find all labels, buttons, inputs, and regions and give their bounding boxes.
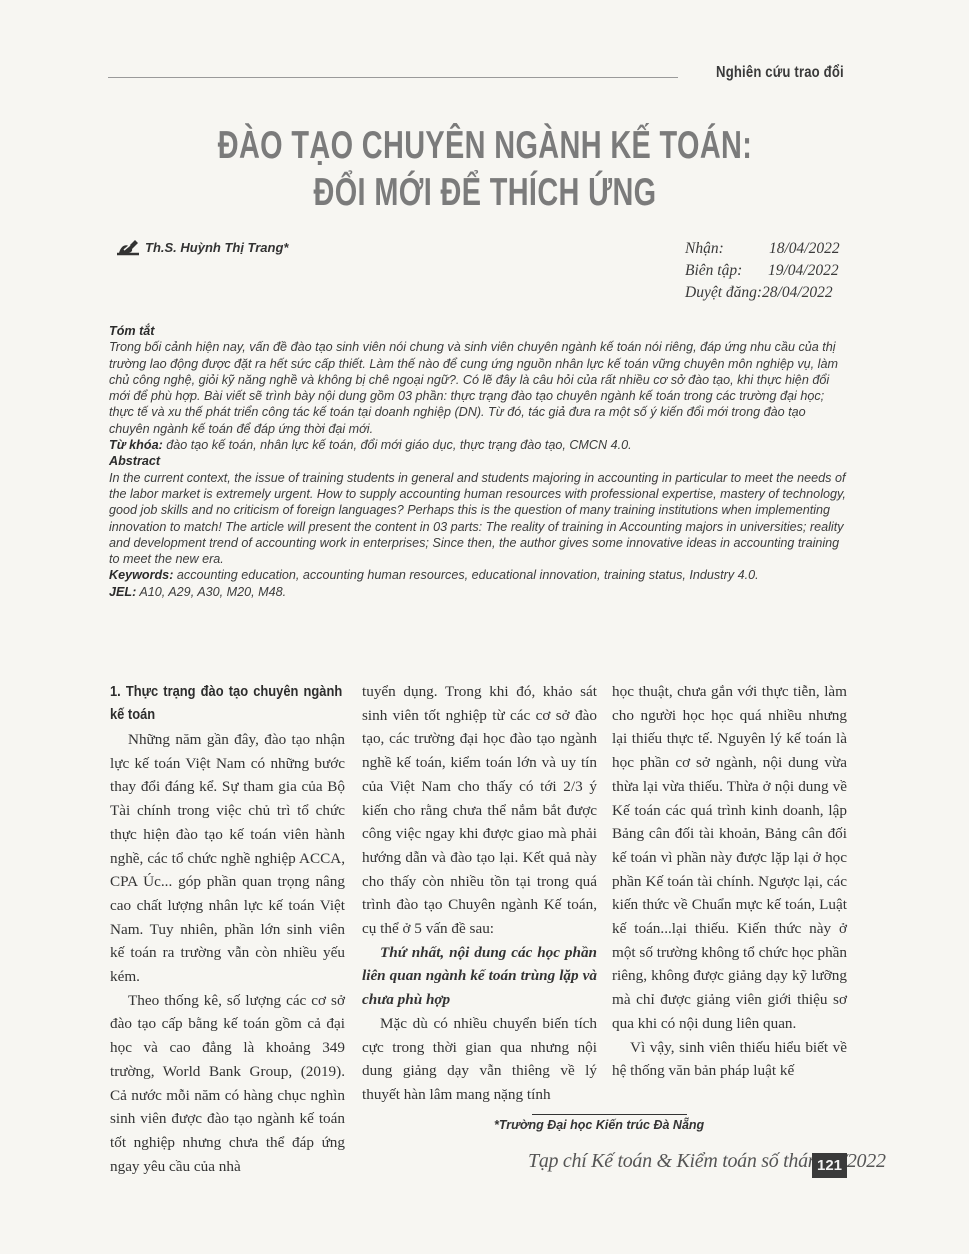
body-paragraph: học thuật, chưa gắn với thực tiễn, làm c… <box>612 680 847 1036</box>
page-number: 121 <box>812 1153 847 1178</box>
body-column-1: 1. Thực trạng đào tạo chuyên ngành kế to… <box>110 680 345 1178</box>
section-1-heading: 1. Thực trạng đào tạo chuyên ngành kế to… <box>110 680 342 726</box>
subsection-heading: Thứ nhất, nội dung các học phần liên qua… <box>362 941 597 1012</box>
author-name: Th.S. Huỳnh Thị Trang* <box>145 240 288 255</box>
article-dates: Nhận: 18/04/2022 Biên tập: 19/04/2022 Du… <box>685 238 840 304</box>
summary-text: Trong bối cảnh hiện nay, vấn đề đào tạo … <box>109 339 849 437</box>
article-title: ĐÀO TẠO CHUYÊN NGÀNH KẾ TOÁN: ĐỔI MỚI ĐỂ… <box>200 122 770 216</box>
body-paragraph: tuyển dụng. Trong khi đó, khảo sát sinh … <box>362 680 597 941</box>
summary-keywords: Từ khóa: đào tạo kế toán, nhân lực kế to… <box>109 437 849 453</box>
jel-codes: JEL: A10, A29, A30, M20, M48. <box>109 584 849 600</box>
body-paragraph: Vì vậy, sinh viên thiếu hiểu biết về hệ … <box>612 1036 847 1083</box>
date-approved: Duyệt đăng: 28/04/2022 <box>685 282 840 304</box>
header-rule <box>108 77 678 78</box>
abstract-heading: Abstract <box>109 453 849 469</box>
date-edited: Biên tập: 19/04/2022 <box>685 260 840 282</box>
body-paragraph: Theo thống kê, số lượng các cơ sở đào tạ… <box>110 989 345 1179</box>
abstract-keywords: Keywords: accounting education, accounti… <box>109 567 849 583</box>
footnote-rule <box>532 1114 687 1115</box>
body-paragraph: Mặc dù có nhiều chuyển biến tích cực tro… <box>362 1012 597 1107</box>
abstract-block: Tóm tắt Trong bối cảnh hiện nay, vấn đề … <box>109 323 849 600</box>
section-tag: Nghiên cứu trao đổi <box>716 64 844 82</box>
abstract-text: In the current context, the issue of tra… <box>109 470 849 568</box>
summary-heading: Tóm tắt <box>109 323 849 339</box>
body-column-2: tuyển dụng. Trong khi đó, khảo sát sinh … <box>362 680 597 1107</box>
date-received: Nhận: 18/04/2022 <box>685 238 840 260</box>
pen-writing-icon <box>115 238 141 256</box>
author-affiliation-footnote: *Trường Đại học Kiến trúc Đà Nẵng <box>494 1118 704 1132</box>
body-column-3: học thuật, chưa gắn với thực tiễn, làm c… <box>612 680 847 1083</box>
author-line: Th.S. Huỳnh Thị Trang* <box>115 238 288 256</box>
body-paragraph: Những năm gần đây, đào tạo nhận lực kế t… <box>110 728 345 989</box>
title-line-1: ĐÀO TẠO CHUYÊN NGÀNH KẾ TOÁN: <box>200 122 770 169</box>
title-line-2: ĐỔI MỚI ĐỂ THÍCH ỨNG <box>200 169 770 216</box>
